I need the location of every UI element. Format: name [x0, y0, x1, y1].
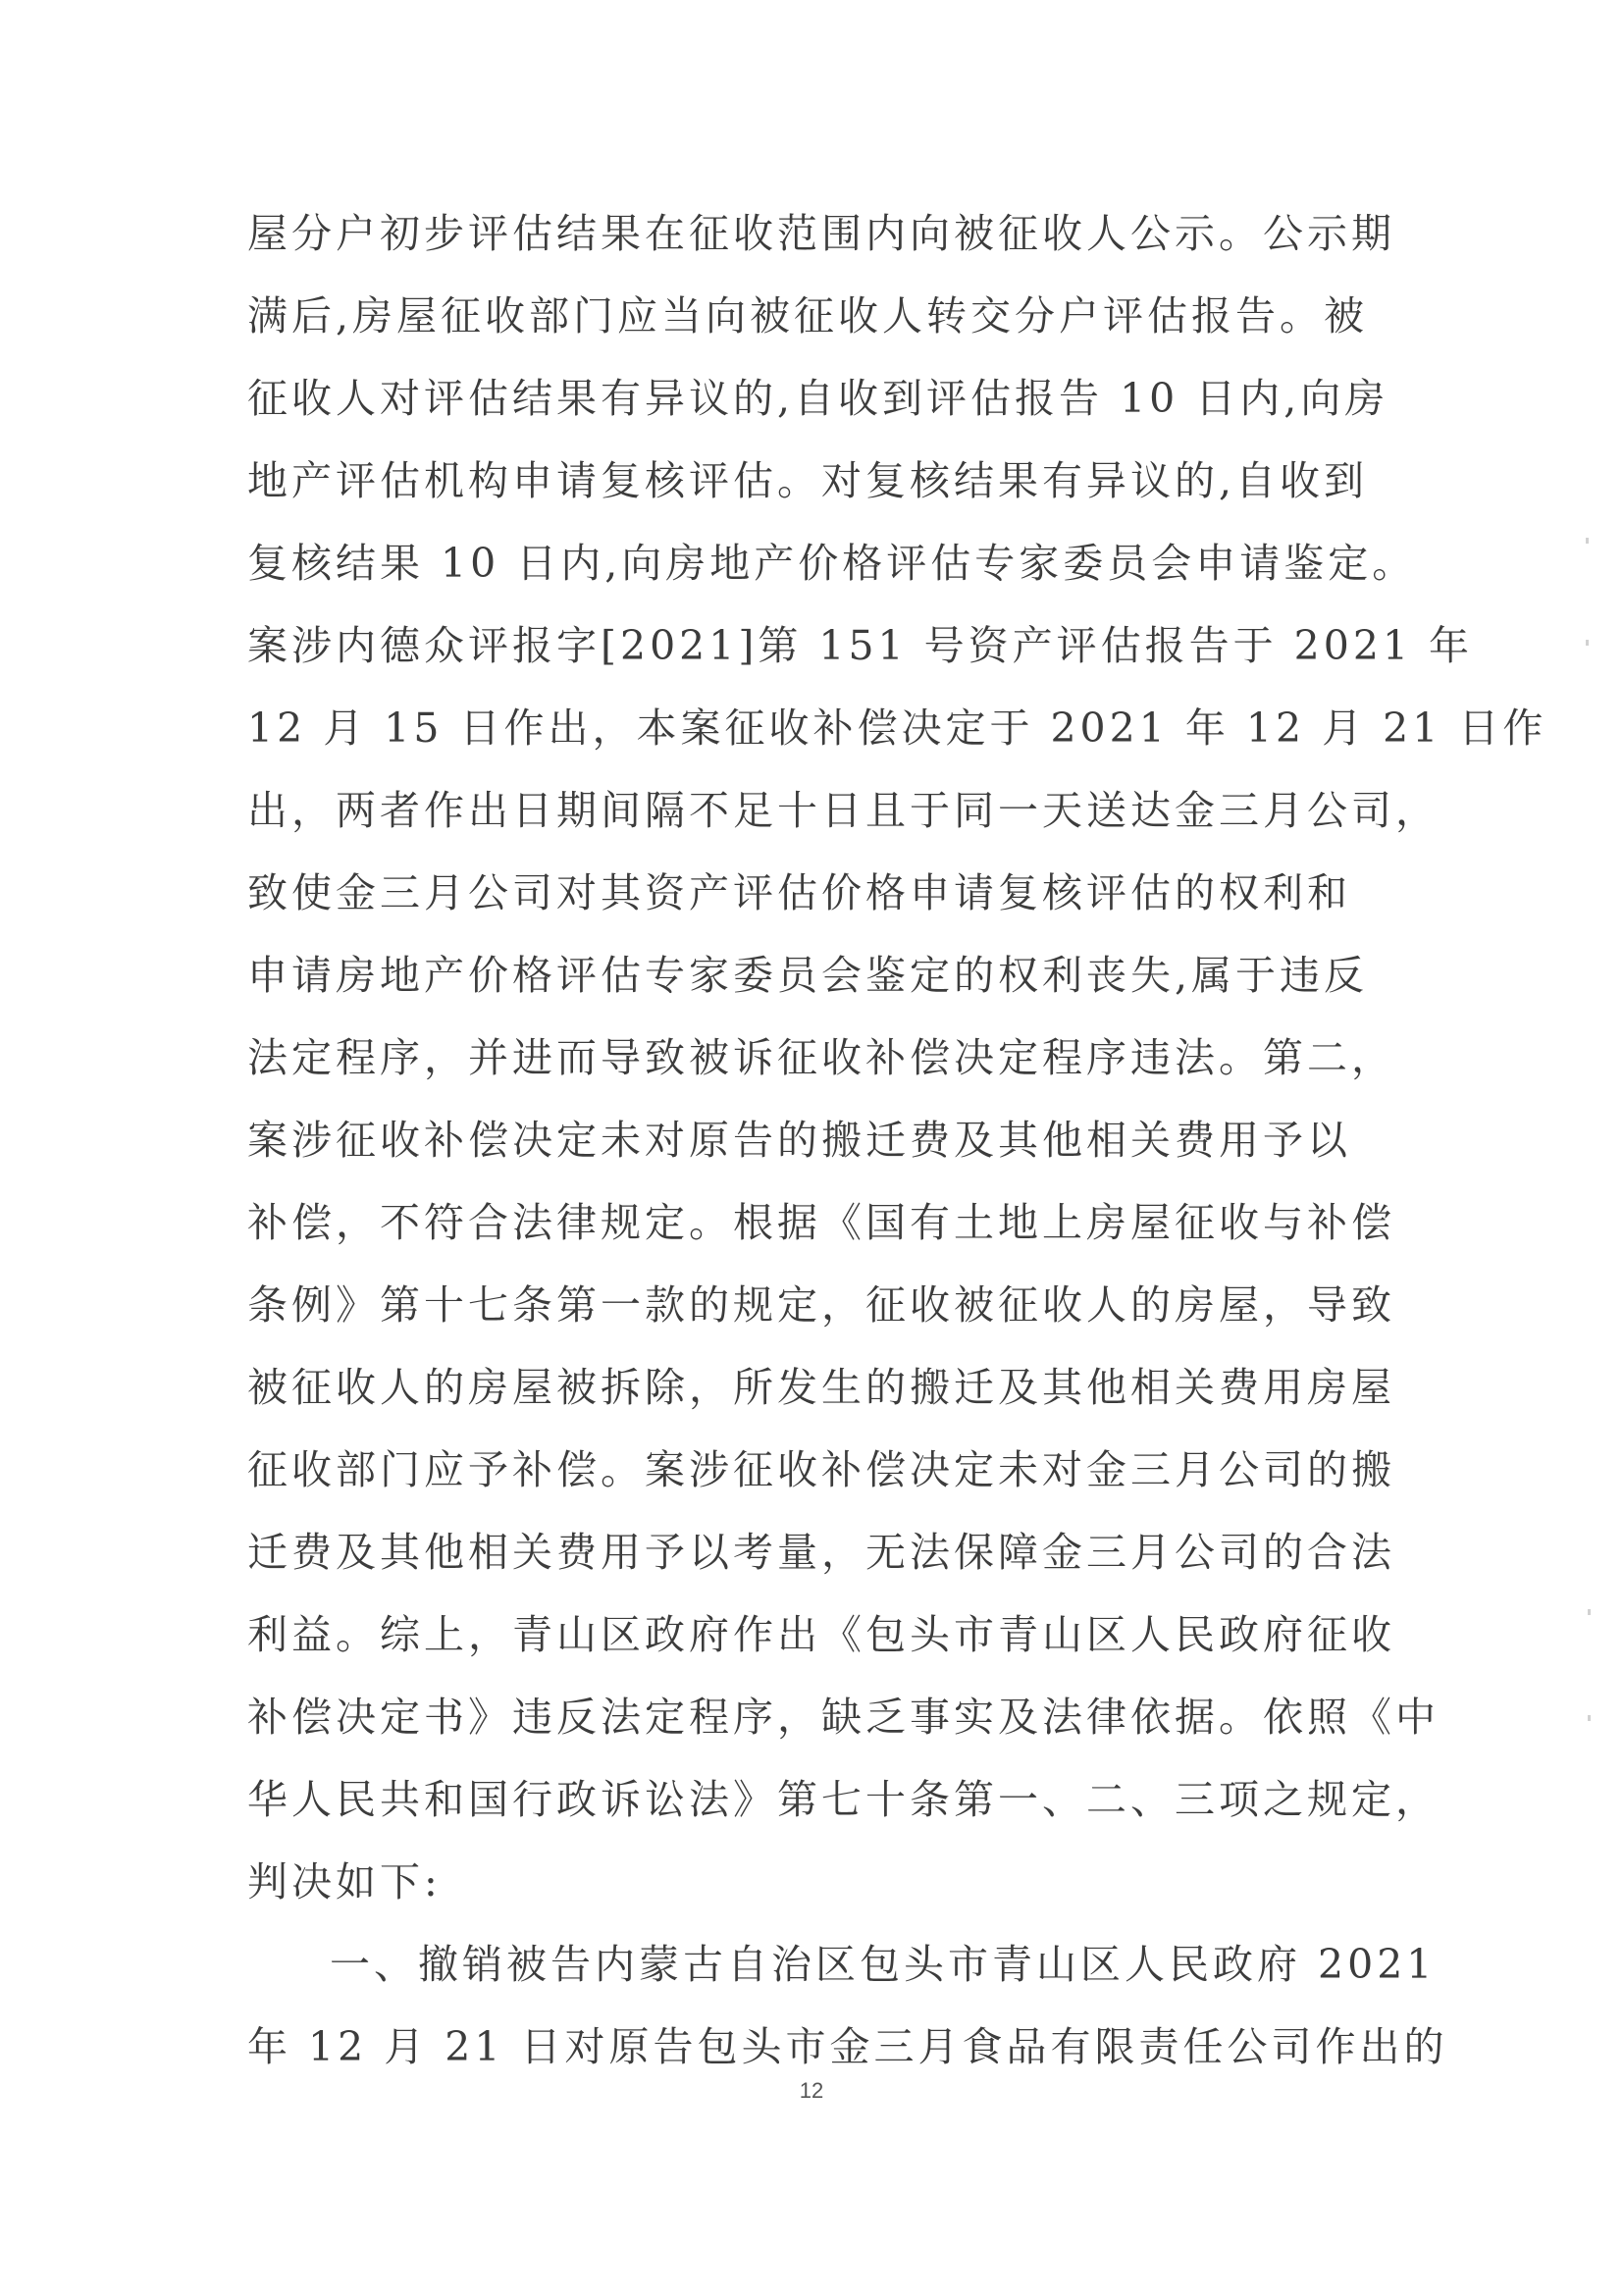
- text-line: 申请房地产价格评估专家委员会鉴定的权利丧失,属于违反: [247, 934, 1405, 1017]
- text-line: 法定程序，并进而导致被诉征收补偿决定程序违法。第二，: [247, 1017, 1405, 1099]
- text-line: 案涉内德众评报字[2021]第 151 号资产评估报告于 2021 年: [247, 604, 1405, 687]
- scan-artifact-mark: [1586, 538, 1589, 544]
- scan-artifact-mark: [1586, 640, 1589, 646]
- text-line: 补偿决定书》违反法定程序，缺乏事实及法律依据。依照《中: [247, 1676, 1405, 1758]
- text-line: 条例》第十七条第一款的规定，征收被征收人的房屋，导致: [247, 1264, 1405, 1346]
- judgment-item-1-line: 一、撤销被告内蒙古自治区包头市青山区人民政府 2021: [247, 1923, 1405, 2006]
- text-line: 迁费及其他相关费用予以考量，无法保障金三月公司的合法: [247, 1511, 1405, 1593]
- text-line: 案涉征收补偿决定未对原告的搬迁费及其他相关费用予以: [247, 1099, 1405, 1181]
- text-line: 年 12 月 21 日对原告包头市金三月食品有限责任公司作出的: [247, 2006, 1405, 2088]
- text-line: 复核结果 10 日内,向房地产价格评估专家委员会申请鉴定。: [247, 522, 1405, 604]
- text-line: 12 月 15 日作出，本案征收补偿决定于 2021 年 12 月 21 日作: [247, 687, 1405, 769]
- scan-artifact-mark: [1588, 1715, 1591, 1721]
- text-line: 华人民共和国行政诉讼法》第七十条第一、二、三项之规定，: [247, 1758, 1405, 1841]
- text-line: 判决如下:: [247, 1841, 1405, 1923]
- text-line: 地产评估机构申请复核评估。对复核结果有异议的,自收到: [247, 440, 1405, 522]
- text-line: 被征收人的房屋被拆除，所发生的搬迁及其他相关费用房屋: [247, 1346, 1405, 1429]
- text-line: 满后,房屋征收部门应当向被征收人转交分户评估报告。被: [247, 275, 1405, 357]
- judgment-body-text: 屋分户初步评估结果在征收范围内向被征收人公示。公示期 满后,房屋征收部门应当向被…: [247, 192, 1405, 2088]
- text-line: 致使金三月公司对其资产评估价格申请复核评估的权利和: [247, 852, 1405, 934]
- text-line: 征收部门应予补偿。案涉征收补偿决定未对金三月公司的搬: [247, 1429, 1405, 1511]
- text-line: 补偿，不符合法律规定。根据《国有土地上房屋征收与补偿: [247, 1181, 1405, 1264]
- text-line: 利益。综上，青山区政府作出《包头市青山区人民政府征收: [247, 1593, 1405, 1676]
- text-line: 出，两者作出日期间隔不足十日且于同一天送达金三月公司，: [247, 769, 1405, 852]
- document-page: 屋分户初步评估结果在征收范围内向被征收人公示。公示期 满后,房屋征收部门应当向被…: [0, 0, 1623, 2296]
- page-number: 12: [0, 2078, 1623, 2104]
- text-line: 征收人对评估结果有异议的,自收到评估报告 10 日内,向房: [247, 357, 1405, 440]
- text-line: 屋分户初步评估结果在征收范围内向被征收人公示。公示期: [247, 192, 1405, 275]
- scan-artifact-mark: [1588, 1609, 1591, 1615]
